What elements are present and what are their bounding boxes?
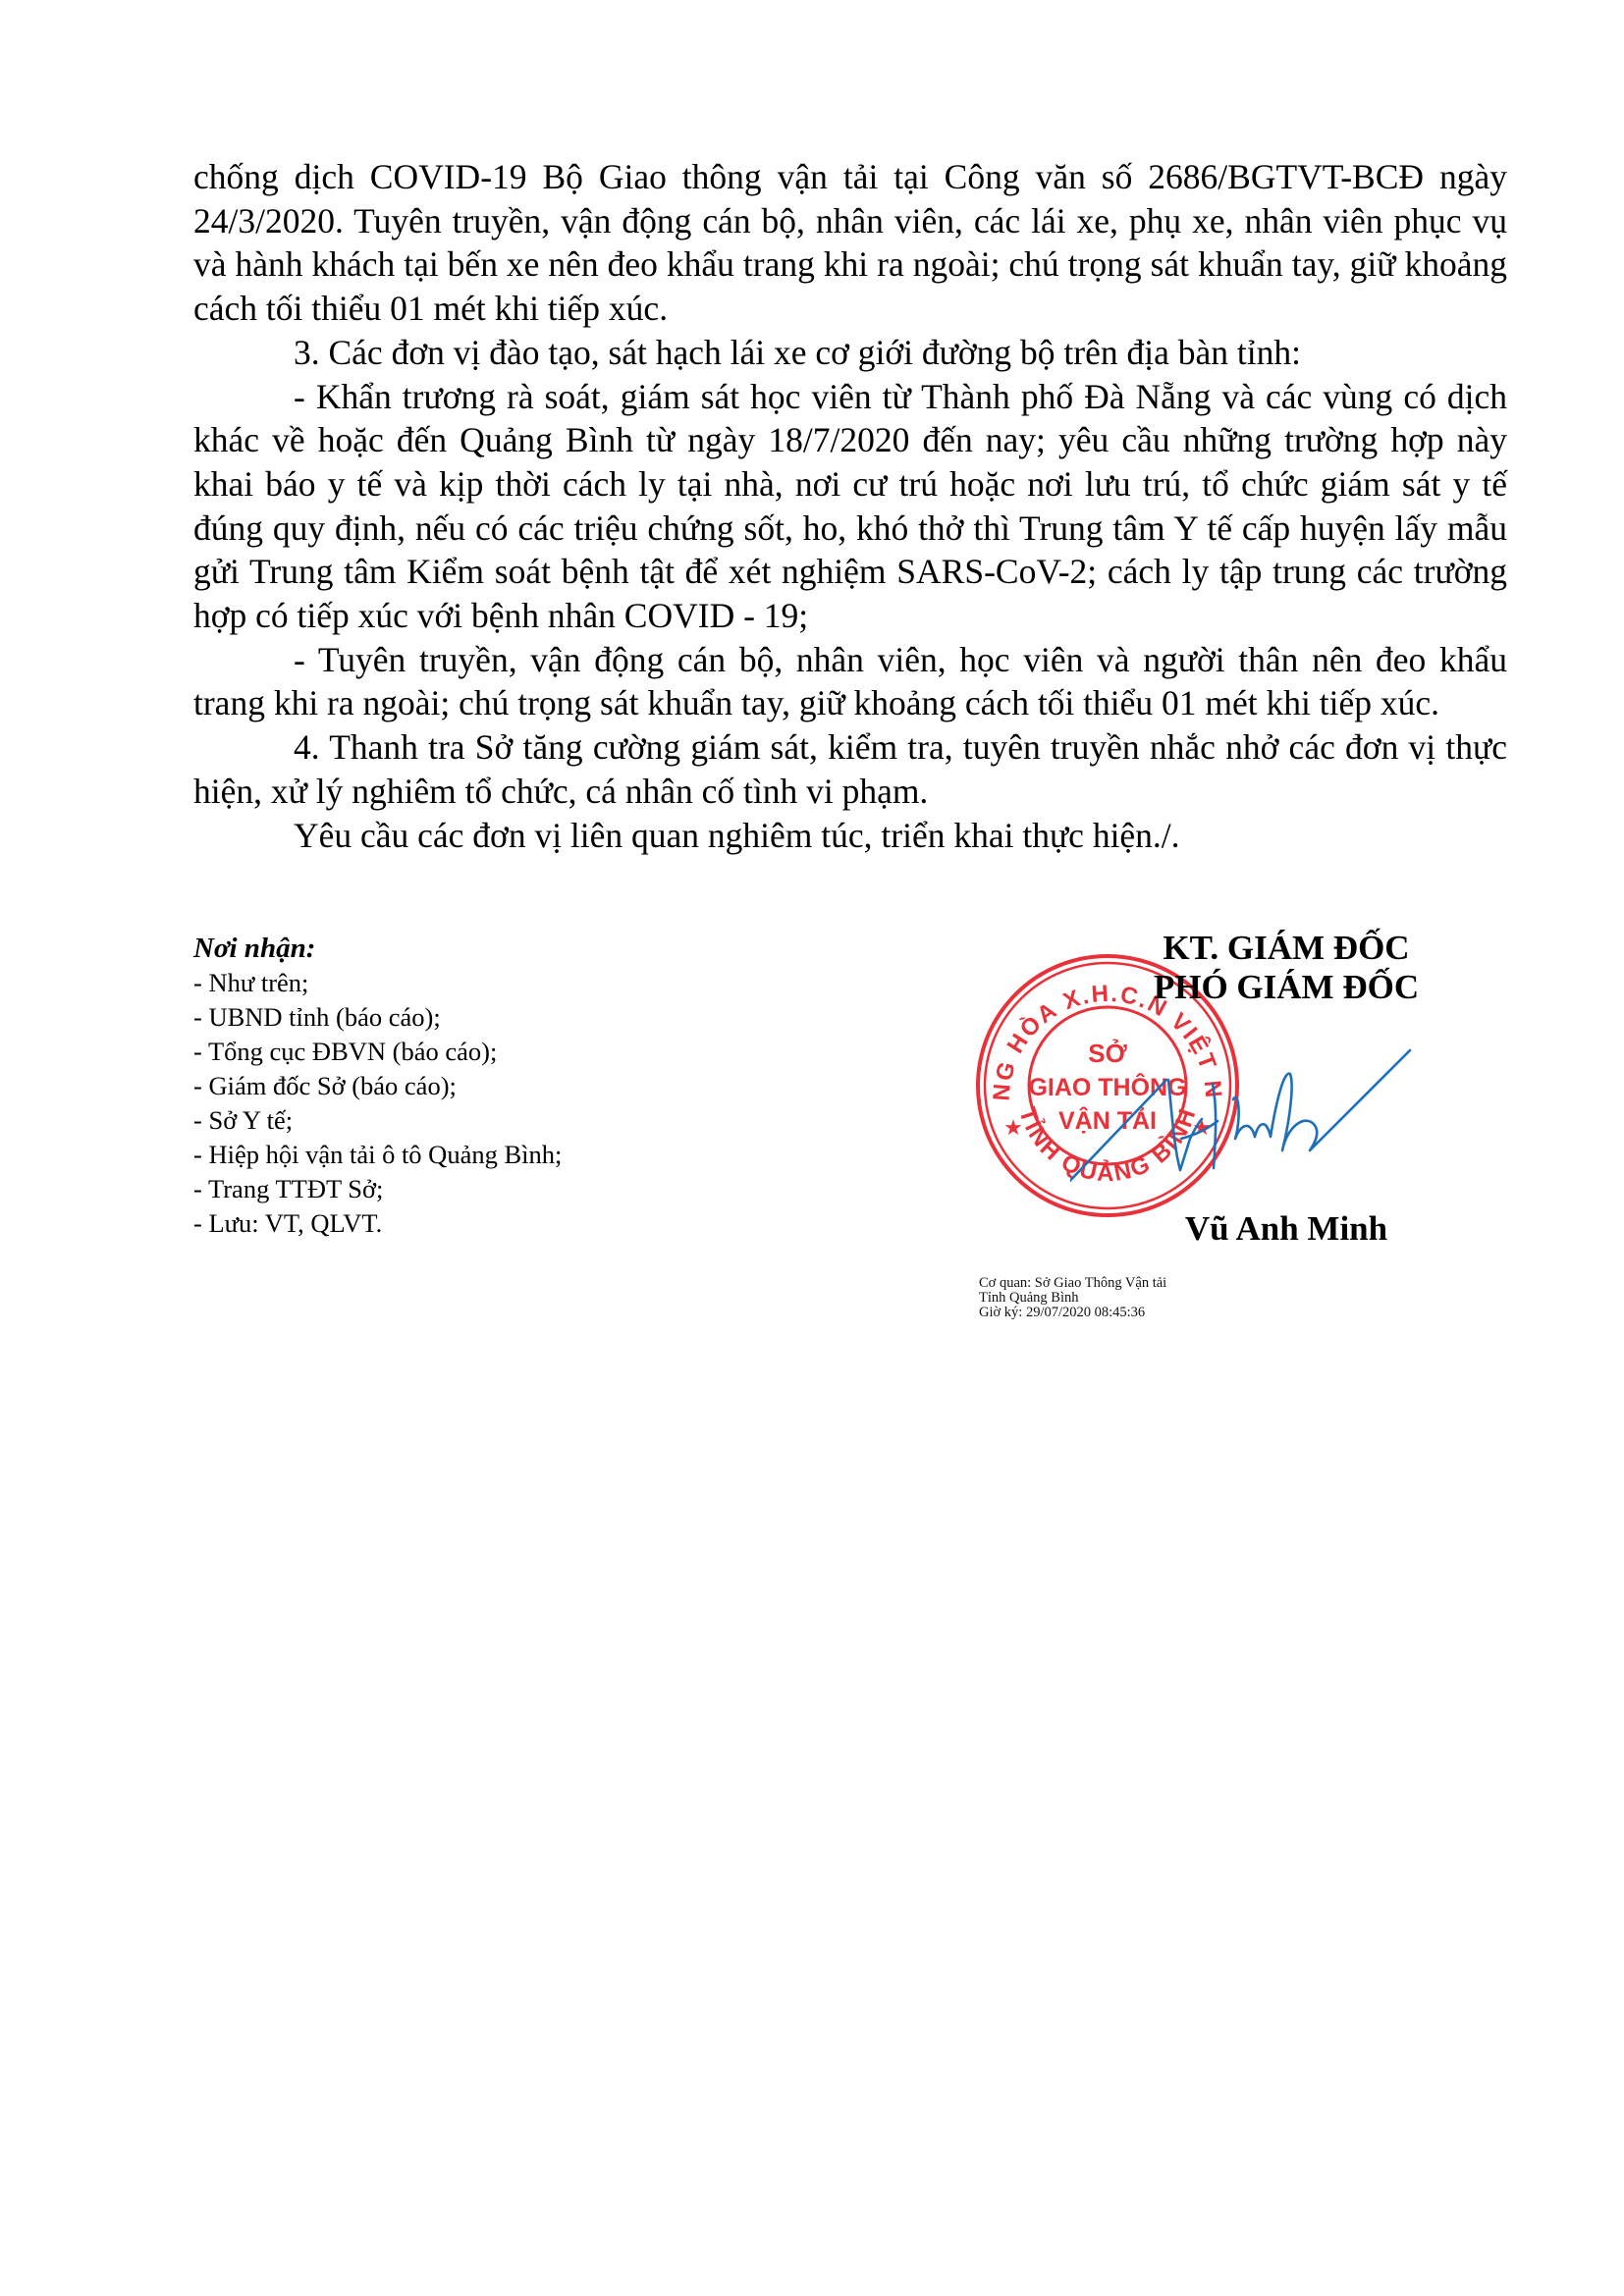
recipient-item: - Sở Y tế; — [193, 1103, 743, 1138]
recipient-item: - UBND tỉnh (báo cáo); — [193, 1000, 743, 1035]
recipients-block: Nơi nhận: - Như trên; - UBND tỉnh (báo c… — [193, 931, 743, 1241]
body-paragraph: - Tuyên truyền, vận động cán bộ, nhân vi… — [193, 638, 1507, 725]
digisig-agency-line-2: Tỉnh Quảng Bình — [979, 1291, 1166, 1306]
recipient-item: - Giám đốc Sở (báo cáo); — [193, 1069, 743, 1103]
body-paragraph: 3. Các đơn vị đào tạo, sát hạch lái xe c… — [193, 331, 1507, 375]
recipients-list: - Như trên; - UBND tỉnh (báo cáo); - Tổn… — [193, 966, 743, 1241]
body-paragraph: - Khẩn trương rà soát, giám sát học viên… — [193, 375, 1507, 638]
recipient-item: - Lưu: VT, QLVT. — [193, 1206, 743, 1241]
document-body: chống dịch COVID-19 Bộ Giao thông vận tả… — [193, 155, 1507, 857]
digisig-agency-line-1: Cơ quan: Sở Giao Thông Vận tải — [979, 1276, 1166, 1291]
signature-titles: KT. GIÁM ĐỐC PHÓ GIÁM ĐỐC — [1100, 929, 1473, 1007]
title-line-1: KT. GIÁM ĐỐC — [1100, 929, 1473, 968]
digital-signature-info: Cơ quan: Sở Giao Thông Vận tải Tỉnh Quản… — [979, 1276, 1166, 1320]
body-paragraph: chống dịch COVID-19 Bộ Giao thông vận tả… — [193, 155, 1507, 331]
recipient-item: - Trang TTĐT Sở; — [193, 1172, 743, 1206]
handwritten-signature-icon — [1070, 1041, 1463, 1237]
recipient-item: - Hiệp hội vận tải ô tô Quảng Bình; — [193, 1138, 743, 1172]
digisig-signed-time: Giờ ký: 29/07/2020 08:45:36 — [979, 1306, 1166, 1320]
body-paragraph: 4. Thanh tra Sở tăng cường giám sát, kiể… — [193, 725, 1507, 813]
recipient-item: - Tổng cục ĐBVN (báo cáo); — [193, 1035, 743, 1069]
star-icon: ★ — [1003, 1115, 1023, 1140]
recipient-item: - Như trên; — [193, 966, 743, 1000]
recipients-heading: Nơi nhận: — [193, 931, 743, 966]
title-line-2: PHÓ GIÁM ĐỐC — [1100, 968, 1473, 1007]
body-paragraph: Yêu cầu các đơn vị liên quan nghiêm túc,… — [193, 814, 1507, 858]
